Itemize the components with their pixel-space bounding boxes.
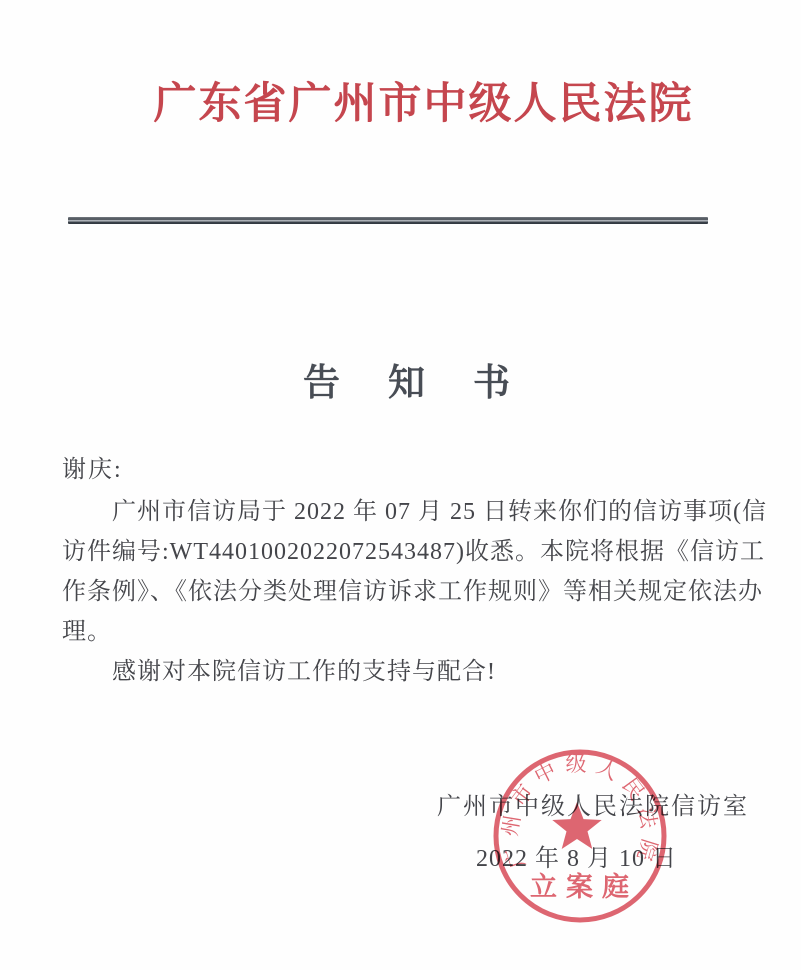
scanned-notice-document: 广东省广州市中级人民法院 告知书 谢庆: 广州市信访局于 2022 年 07 月… [0,0,801,970]
salutation-addressee: 谢庆: [62,449,123,484]
header-divider-rule [68,217,708,224]
body-line: 感谢对本院信访工作的支持与配合! [62,652,756,692]
document-title: 告知书 [0,352,801,406]
body-paragraphs: 广州市信访局于 2022 年 07 月 25 日转来你们的信访事项(信 访件编号… [62,492,756,692]
star-icon [552,802,601,849]
body-line: 作条例》、《依法分类处理信访诉求工作规则》等相关规定依法办 [62,572,756,612]
body-line: 广州市信访局于 2022 年 07 月 25 日转来你们的信访事项(信 [62,492,756,532]
body-line: 理。 [62,612,756,652]
court-name-header: 广东省广州市中级人民法院 [0,70,801,131]
official-seal-stamp: 广州市中级人民法院 立案庭 [492,748,668,924]
seal-division-text: 立案庭 [530,872,638,902]
body-line: 访件编号:WT4401002022072543487)收悉。本院将根据《信访工 [62,532,756,572]
